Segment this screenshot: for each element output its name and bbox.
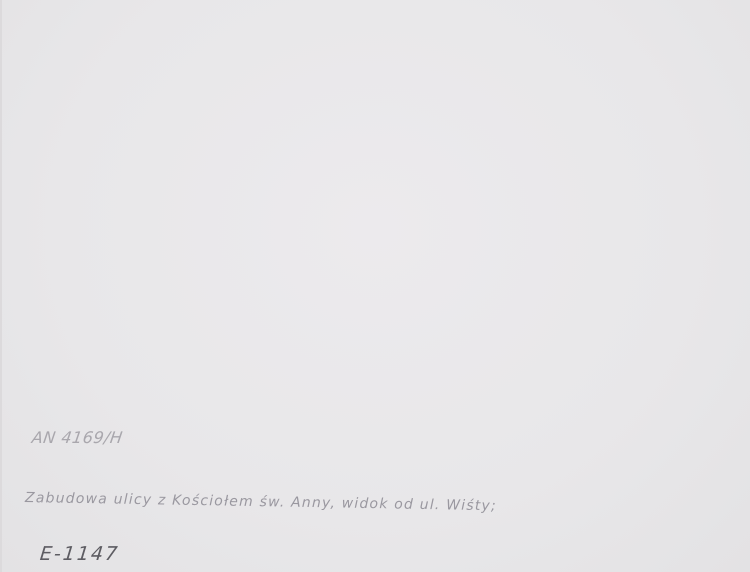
inventory-number-annotation: AN 4169/H <box>31 428 124 447</box>
catalog-number-annotation: E-1147 <box>39 543 121 565</box>
card-edge <box>0 0 2 572</box>
photo-back-paper <box>0 0 750 572</box>
